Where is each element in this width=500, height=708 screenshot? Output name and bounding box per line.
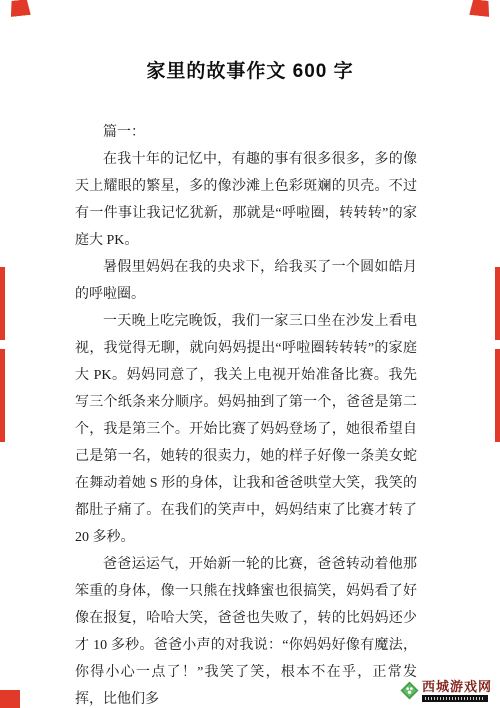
document-page: 家里的故事作文 600 字 篇一： 在我十年的记忆中，有趣的事有很多很多，多的像… [0, 0, 500, 708]
section-label: 篇一： [75, 119, 417, 146]
red-edge-bar-left-upper [0, 267, 5, 340]
red-edge-bar-right-upper [495, 267, 500, 340]
red-corner-mark-top-right [469, 0, 491, 17]
watermark-url-bar [422, 695, 488, 702]
red-corner-mark-top-left [9, 0, 31, 17]
green-gem-icon [400, 681, 419, 700]
red-corner-mark-bottom-left [0, 690, 20, 708]
essay-paragraph: 暑假里妈妈在我的央求下，给我买了一个圆如皓月的呼啦圈。 [75, 254, 417, 308]
watermark-site-name: 西城游戏网 [422, 679, 492, 694]
watermark: 西城游戏网 [400, 679, 492, 702]
red-edge-bar-right-lower [495, 349, 500, 442]
essay-paragraph: 爸爸运运气，开始新一轮的比赛，爸爸转动着他那笨重的身体，像一只熊在找蜂蜜也很搞笑… [75, 551, 417, 708]
essay-paragraph: 一天晚上吃完晚饭，我们一家三口坐在沙发上看电视，我觉得无聊，就向妈妈提出“呼啦圈… [75, 308, 417, 551]
essay-paragraph: 在我十年的记忆中，有趣的事有很多很多，多的像天上耀眼的繁星，多的像沙滩上色彩斑斓… [75, 146, 417, 254]
red-edge-bar-left-lower [0, 349, 5, 442]
essay-body: 篇一： 在我十年的记忆中，有趣的事有很多很多，多的像天上耀眼的繁星，多的像沙滩上… [75, 119, 417, 708]
page-title: 家里的故事作文 600 字 [0, 56, 500, 83]
